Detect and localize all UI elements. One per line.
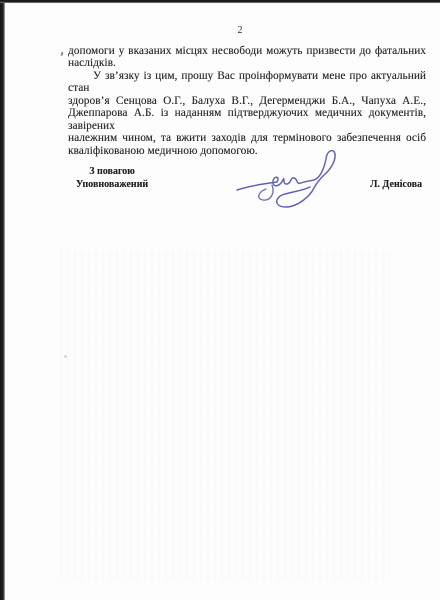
signature-scribble [225, 143, 355, 218]
body-text: допомоги у вказаних місцях несвободи мож… [68, 45, 426, 157]
signature-stroke-descender [259, 185, 273, 200]
text-line: наслідків. [68, 57, 426, 69]
text-line: Джеппарова А.Б. із наданням підтверджуюч… [68, 107, 426, 132]
text-line: здоров’я Сенцова О.Г., Балуха В.Г., Деге… [68, 95, 426, 107]
scan-artifact [61, 52, 64, 56]
paragraph: допомоги у вказаних місцях несвободи мож… [68, 45, 426, 70]
text-line: У зв’язку із цим, прошу Вас проінформува… [68, 70, 426, 95]
closing-line: З повагою [73, 166, 151, 179]
closing-block: З повагою Уповноважений [73, 166, 151, 191]
text-line: допомоги у вказаних місцях несвободи мож… [68, 45, 426, 57]
scan-artifact [64, 355, 67, 358]
signer-title: Уповноважений [73, 179, 151, 192]
signature-stroke-main [237, 151, 335, 207]
scan-noise-texture [60, 250, 390, 580]
document-page: 2 допомоги у вказаних місцях несвободи м… [0, 0, 440, 600]
page-number: 2 [228, 25, 252, 36]
scan-edge-left [0, 0, 5, 600]
signer-name: Л. Денісова [366, 179, 426, 190]
scan-edge-top [0, 0, 440, 3]
